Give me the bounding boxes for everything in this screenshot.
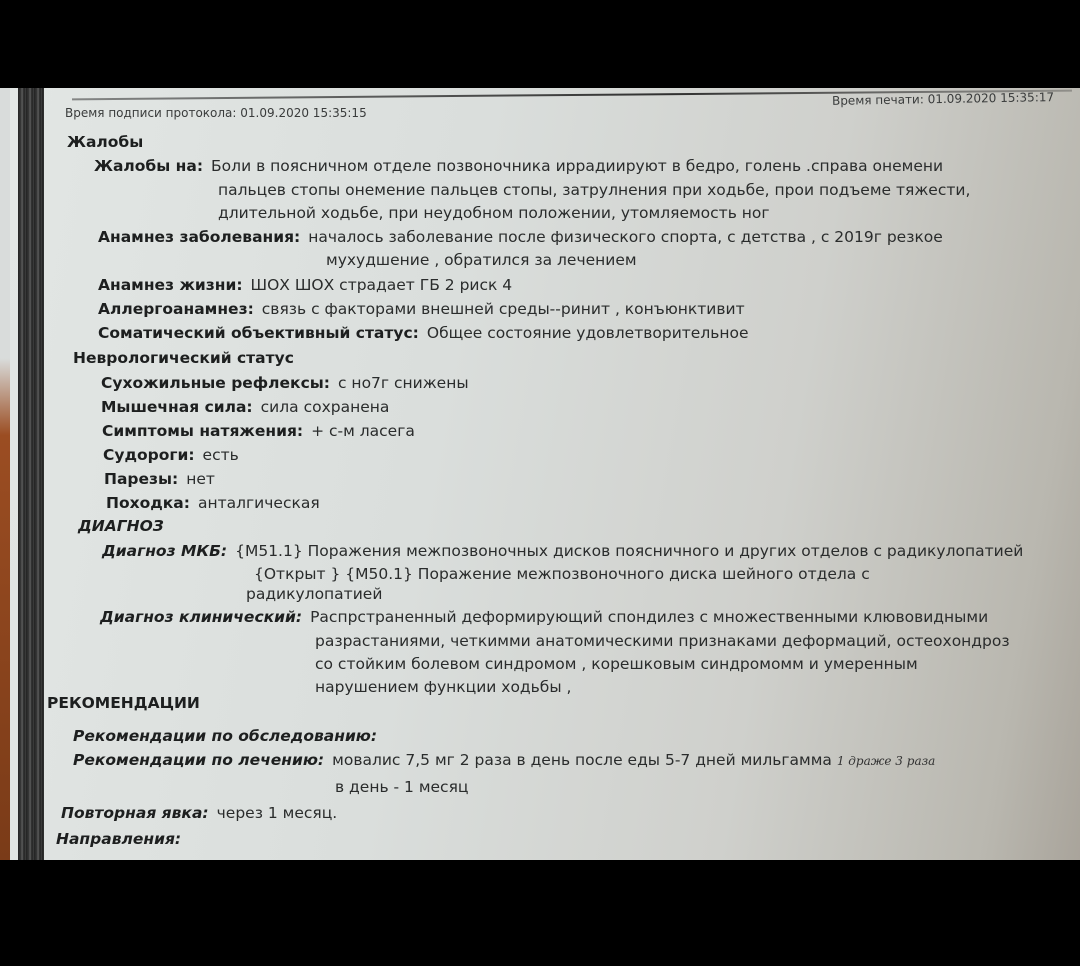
signature-time: Время подписи протокола: 01.09.2020 15:3…	[65, 106, 367, 120]
treatment-line-2: в день - 1 месяц	[335, 778, 468, 796]
neuro-item: Парезы:нет	[104, 470, 215, 488]
icd-diagnosis-row: Диагноз МКБ:{M51.1} Поражения межпозвоно…	[102, 542, 1023, 560]
allergy-row: Аллергоанамнез:связь с факторами внешней…	[98, 300, 745, 318]
anamnesis-life-row: Анамнез жизни:ШОХ ШОХ страдает ГБ 2 риск…	[98, 276, 512, 294]
neuro-item: Походка:анталгическая	[106, 494, 320, 512]
neuro-item: Симптомы натяжения:+ с-м ласега	[102, 422, 415, 440]
section-neuro-status: Неврологический статус	[73, 349, 294, 367]
exam-recommendations: Рекомендации по обследованию:	[73, 727, 377, 745]
neuro-item: Сухожильные рефлексы:с но7г снижены	[101, 374, 469, 392]
followup-row: Повторная явка:через 1 месяц.	[61, 804, 337, 822]
handwritten-note: 1 драже 3 раза	[837, 754, 935, 768]
clinical-diagnosis-line-3: со стойким болевом синдромом , корешковы…	[315, 655, 918, 673]
complaints-line-2: пальцев стопы онемение пальцев стопы, за…	[218, 181, 970, 199]
print-time: Время печати: 01.09.2020 15:35:17	[832, 90, 1054, 108]
anamnesis-disease-line-2: мухудшение , обратился за лечением	[326, 251, 637, 269]
complaints-line-3: длительной ходьбе, при неудобном положен…	[218, 204, 770, 222]
referrals-label: Направления:	[56, 830, 181, 848]
neuro-item: Мышечная сила:сила сохранена	[101, 398, 389, 416]
somatic-status-row: Соматический объективный статус:Общее со…	[98, 324, 749, 342]
document-page: Время подписи протокола: 01.09.2020 15:3…	[10, 88, 1080, 860]
clinical-diagnosis-line-2: разрастаниями, четкимми анатомическими п…	[315, 632, 1010, 650]
treatment-recommendations-row: Рекомендации по лечению:мовалис 7,5 мг 2…	[73, 751, 935, 769]
icd-diagnosis-line-2: {Открыт } {M50.1} Поражение межпозвоночн…	[254, 565, 870, 583]
clinical-diagnosis-row: Диагноз клинический:Распрстраненный дефо…	[100, 608, 988, 626]
section-diagnosis: ДИАГНОЗ	[78, 517, 164, 535]
icd-diagnosis-line-3: радикулопатией	[246, 585, 382, 603]
complaints-row: Жалобы на:Боли в поясничном отделе позво…	[94, 157, 943, 175]
section-recommendations: РЕКОМЕНДАЦИИ	[47, 694, 200, 712]
anamnesis-disease-row: Анамнез заболевания:началось заболевание…	[98, 228, 943, 246]
section-complaints: Жалобы	[67, 133, 143, 151]
clinical-diagnosis-line-4: нарушением функции ходьбы ,	[315, 678, 571, 696]
neuro-item: Судороги:есть	[103, 446, 239, 464]
